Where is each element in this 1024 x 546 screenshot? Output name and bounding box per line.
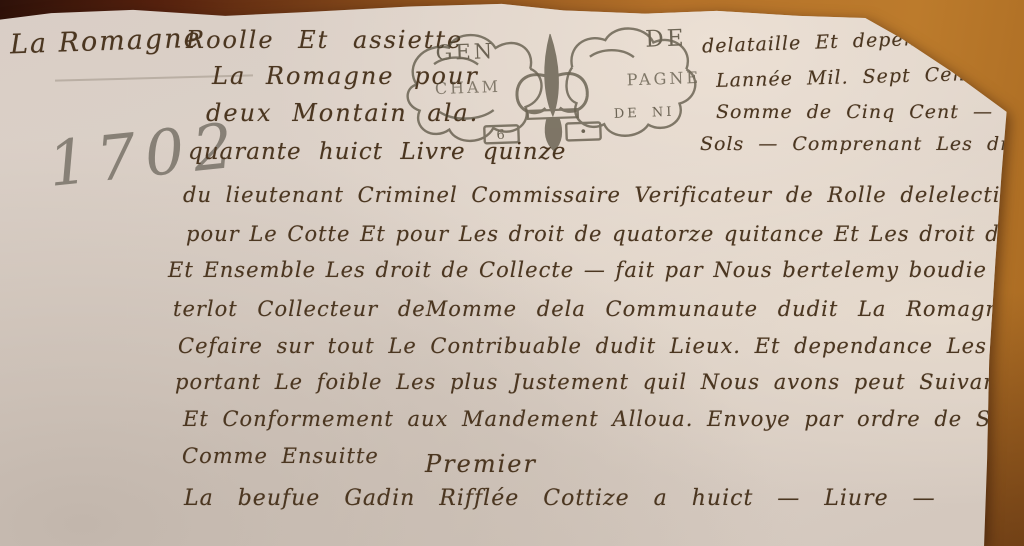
header-right-line-4: Sols — Comprenant Les droit — [700, 133, 1024, 155]
photo-of-manuscript: { "page": { "margin_note": "La Romagne",… — [0, 0, 1024, 546]
body-line: pour Le Cotte Et pour Les droit de quato… — [186, 222, 1024, 246]
manuscript-paper: La Romagne 1702 Roolle Et assiette La Ro… — [0, 0, 1024, 546]
header-right-line-3: Somme de Cinq Cent — — [716, 101, 993, 123]
body-line: du lieutenant Criminel Commissaire Verif… — [183, 183, 1024, 207]
svg-text:CHAM: CHAM — [435, 77, 502, 98]
body-line: portant Le foible Les plus Justement qui… — [175, 370, 1007, 394]
svg-text:PAGNE: PAGNE — [626, 68, 701, 90]
svg-text:NI: NI — [652, 105, 675, 121]
header-right-line-2: Lannée Mil. Sept Cent Et — [716, 62, 1012, 92]
first-taxpayer-entry: La beufue Gadin Rifflée Cottize a huict … — [184, 486, 936, 511]
margin-note-parish-name: La Romagne — [10, 23, 203, 61]
svg-text:DE: DE — [645, 25, 687, 52]
body-line: terlot Collecteur deMomme dela Communaut… — [173, 297, 1024, 321]
body-line: Et Ensemble Les droit de Collecte — fait… — [168, 258, 1024, 282]
paper-shadow-wrap: La Romagne 1702 Roolle Et assiette La Ro… — [0, 0, 1024, 546]
svg-text:•: • — [579, 125, 590, 140]
generalite-de-champagne-stamp: GEN DE CHAM PAGNE DE NI 6 • — [393, 15, 713, 166]
svg-text:DE: DE — [614, 106, 640, 122]
body-line: Et Conformement aux Mandement Alloua. En… — [183, 407, 1024, 431]
svg-text:GEN: GEN — [435, 39, 495, 65]
header-right-line-1: delataille Et dependance de — [702, 24, 1020, 57]
body-line: Cefaire sur tout Le Contribuable dudit L… — [178, 334, 1024, 358]
section-heading-premier: Premier — [425, 450, 537, 478]
closing-phrase: Comme Ensuitte — [182, 444, 379, 468]
svg-text:6: 6 — [496, 128, 508, 143]
